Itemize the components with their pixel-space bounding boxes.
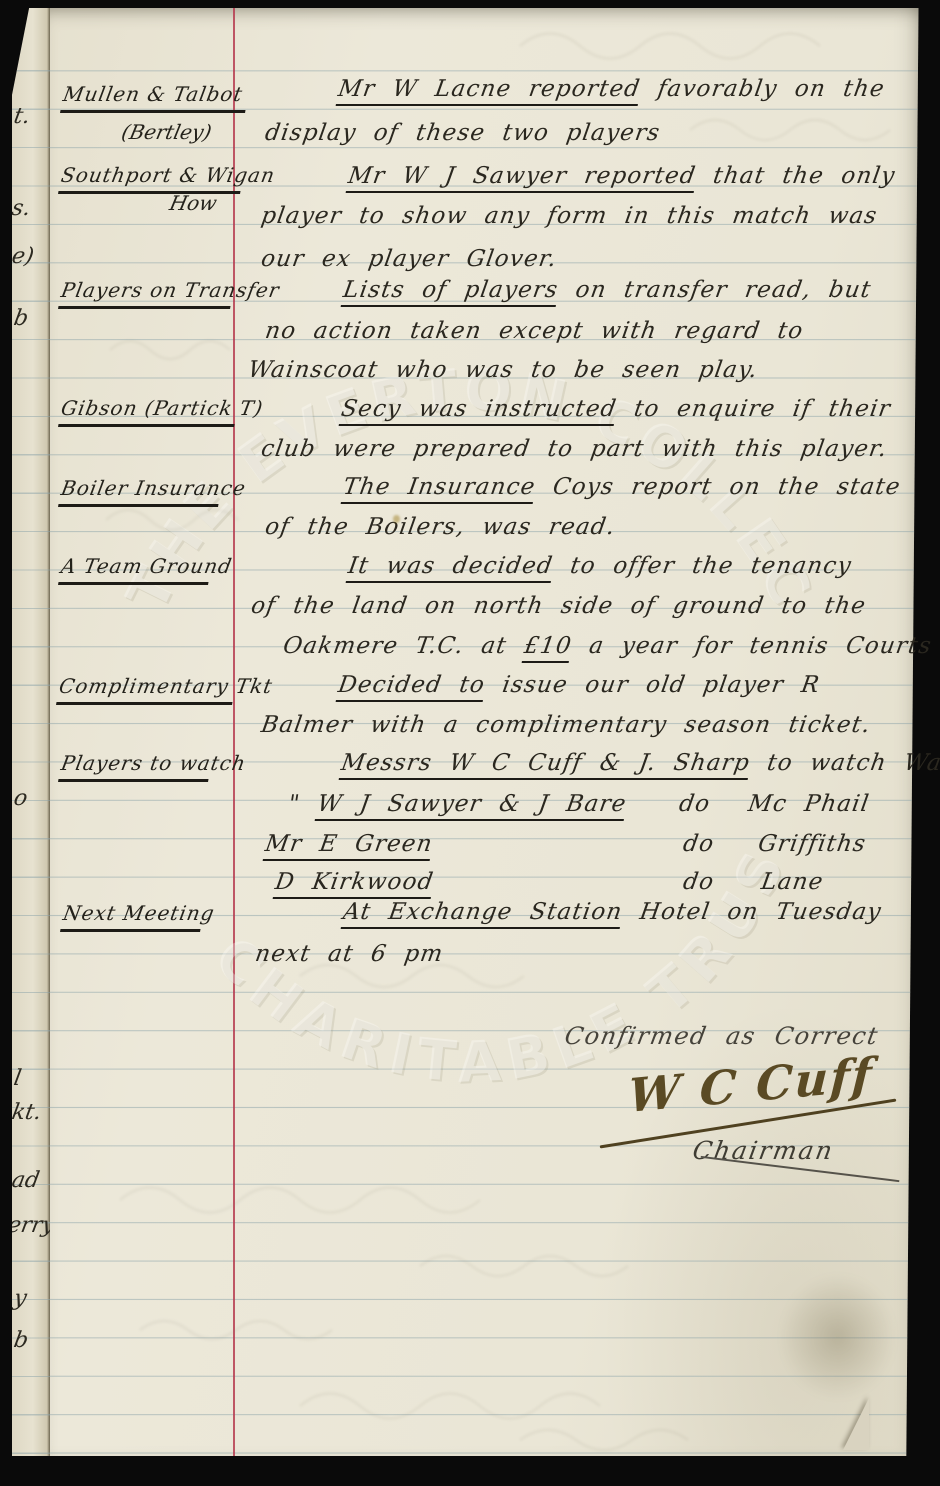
- margin-fragment: kt.: [12, 1100, 43, 1125]
- minute-line-text: a year for tennis Courts: [570, 633, 934, 659]
- players-watch-row: D Kirkwood do Lane: [272, 869, 917, 903]
- minute-line: of the Boilers, was read.: [262, 514, 617, 548]
- margin-fragment: erry: [12, 1213, 50, 1238]
- topic-heading-note: How: [167, 191, 219, 215]
- minute-line-text: of the Boilers, was read.: [263, 514, 617, 540]
- topic-heading: Boiler Insurance: [58, 476, 223, 507]
- ink-speck: [393, 515, 400, 523]
- minute-line-text: issue our old player R: [483, 672, 822, 698]
- watched-player: Mc Phail: [746, 791, 871, 817]
- watcher-names-underlined: Mr E Green: [263, 831, 435, 861]
- page-stain: [778, 1272, 898, 1402]
- minute-line-text: favorably on the: [638, 76, 887, 102]
- minute-line: It was decided to offer the tenancy: [345, 553, 854, 587]
- players-watch-row: Mr E Green do Griffiths: [262, 831, 907, 865]
- minute-line: player to show any form in this match wa…: [258, 203, 879, 237]
- page-corner-curl: [843, 1398, 869, 1450]
- minute-line-underlined: It was decided: [346, 553, 555, 583]
- players-watch-row: " W J Sawyer & J Bare do Mc Phail: [285, 791, 930, 825]
- ruled-lines: [12, 8, 50, 1456]
- minute-line: club were prepared to part with this pla…: [258, 436, 889, 470]
- topic-heading: Players to watch: [58, 751, 213, 782]
- minute-line-text: Wainscoat who was to be seen play.: [246, 357, 760, 383]
- topic-heading: Mullen & Talbot: [60, 82, 250, 113]
- ditto-quote-mark: ": [286, 791, 319, 817]
- minute-line-text: of the land on north side of ground to t…: [249, 593, 868, 619]
- minute-line: Wainscoat who was to be seen play.: [245, 357, 760, 391]
- minute-line-text: to offer the tenancy: [551, 553, 854, 579]
- minute-line-underlined: Messrs W C Cuff & J. Sharp: [339, 750, 752, 780]
- ditto-abbrev: do: [681, 869, 716, 895]
- minute-line: no action taken except with regard to: [262, 318, 805, 352]
- minute-line-underlined: Decided to: [336, 672, 488, 702]
- minute-line-underlined: Mr W J Sawyer reported: [346, 163, 698, 193]
- topic-heading: Southport & Wigan: [58, 163, 245, 194]
- chairman-title: Chairman: [690, 1136, 836, 1165]
- minute-line-text: Hotel on Tuesday: [620, 899, 883, 925]
- minute-line-underlined: Secy was instructed: [339, 396, 619, 426]
- minute-line-underlined: Mr W Lacne reported: [336, 76, 643, 106]
- minute-line-text: that the only: [694, 163, 898, 189]
- previous-page-edge: t. s. e) b o l kt. ad erry y b: [12, 8, 50, 1456]
- ditto-abbrev: do: [677, 791, 712, 817]
- minute-line-text: Coys report on the state: [533, 474, 902, 500]
- topic-heading-note: (Bertley): [119, 120, 213, 144]
- minute-line-text: on transfer read, but: [556, 277, 873, 303]
- minute-line: of the land on north side of ground to t…: [248, 593, 868, 627]
- minute-line-text: club were prepared to part with this pla…: [259, 436, 889, 462]
- minute-line-text: display of these two players: [263, 120, 662, 146]
- watcher-names-underlined: D Kirkwood: [273, 869, 436, 899]
- minute-line-underlined: £10: [522, 633, 574, 663]
- minute-line-underlined: Lists of players: [341, 277, 561, 307]
- minute-line: Messrs W C Cuff & J. Sharp to watch Wain…: [338, 750, 940, 784]
- minute-line: Lists of players on transfer read, but: [340, 277, 873, 311]
- minute-line: The Insurance Coys report on the state: [340, 474, 903, 508]
- minute-line-text: Balmer with a complimentary season ticke…: [259, 712, 873, 738]
- minute-line: Oakmere T.C. at £10 a year for tennis Co…: [280, 633, 934, 667]
- minute-line-underlined: The Insurance: [341, 474, 538, 504]
- minute-line-text: to watch Wainscoat: [748, 750, 940, 776]
- minute-line-text: our ex player Glover.: [259, 246, 559, 272]
- minute-book-scan: t. s. e) b o l kt. ad erry y b THE EVERT…: [0, 0, 940, 1486]
- minute-line-text: to enquire if their: [615, 396, 893, 422]
- minute-line-text: Oakmere T.C. at: [281, 633, 526, 659]
- minute-line: next at 6 pm: [252, 941, 445, 975]
- topic-heading: Gibson (Partick T): [58, 396, 239, 427]
- watched-player: Griffiths: [756, 831, 868, 857]
- watcher-names-underlined: W J Sawyer & J Bare: [315, 791, 629, 821]
- minute-line: At Exchange Station Hotel on Tuesday: [340, 899, 884, 933]
- minute-line: Secy was instructed to enquire if their: [338, 396, 893, 430]
- minute-line: display of these two players: [262, 120, 662, 154]
- minute-line: Mr W Lacne reported favorably on the: [335, 76, 887, 110]
- topic-heading: Next Meeting: [60, 901, 205, 932]
- minute-line-text: no action taken except with regard to: [263, 318, 805, 344]
- topic-heading: Complimentary Tkt: [56, 674, 237, 705]
- ditto-abbrev: do: [681, 831, 716, 857]
- minute-line: Decided to issue our old player R: [335, 672, 822, 706]
- watched-player: Lane: [759, 869, 825, 895]
- minute-line: Mr W J Sawyer reported that the only: [345, 163, 897, 197]
- topic-heading: A Team Ground: [58, 554, 213, 585]
- minute-line: Balmer with a complimentary season ticke…: [258, 712, 873, 746]
- minute-line-underlined: At Exchange Station: [341, 899, 625, 929]
- minute-line-text: next at 6 pm: [253, 941, 445, 967]
- minute-line-text: player to show any form in this match wa…: [259, 203, 879, 229]
- confirmation-text: Confirmed as Correct: [563, 1022, 881, 1050]
- margin-fragment: ad: [12, 1168, 41, 1193]
- minute-line: our ex player Glover.: [258, 246, 559, 280]
- topic-heading: Players on Transfer: [58, 278, 235, 309]
